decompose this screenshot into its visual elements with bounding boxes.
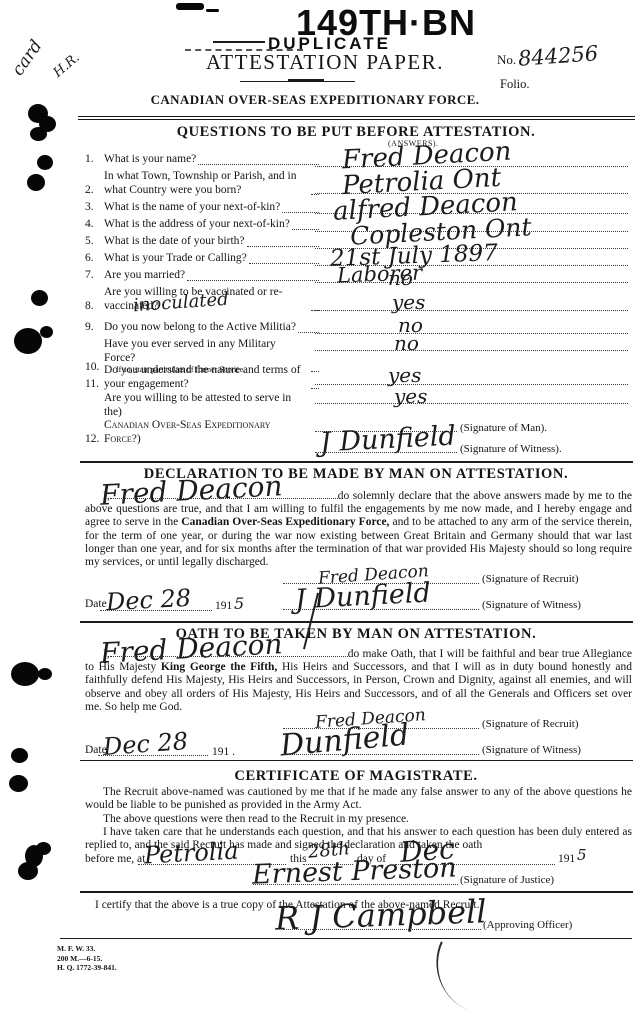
form-imprint-line: H. Q. 1772-39-841.: [57, 963, 117, 973]
divider: [78, 116, 635, 117]
fill-in-line: [110, 497, 338, 499]
ink-smudge: [176, 3, 204, 10]
question-text: Do you now belong to the Active Militia?: [104, 321, 296, 335]
handwritten-year: 5: [234, 594, 244, 613]
question-text: What is the address of your next-of-kin?: [104, 218, 290, 232]
handwritten-answer: yes: [392, 290, 425, 314]
question-text-main: Are you willing to be attested to serve …: [104, 392, 291, 418]
divider: [60, 938, 632, 939]
fill-in-line: [110, 655, 348, 657]
witness-signature: Dunfield: [279, 717, 411, 763]
questions-heading: QUESTIONS TO BE PUT BEFORE ATTESTATION.: [80, 124, 632, 141]
signature-line: [283, 754, 479, 755]
question-row: 7. Are you married?: [85, 269, 319, 283]
year-printed: 191: [558, 853, 575, 865]
ink-blob: [31, 290, 48, 306]
ink-blob: [37, 155, 53, 170]
question-number: 5.: [85, 235, 104, 249]
answer-line: [315, 403, 628, 404]
signature-of-witness-label: (Signature of Witness): [482, 744, 581, 756]
ink-blob: [38, 668, 52, 680]
question-row: 6. What is your Trade or Calling?: [85, 252, 319, 266]
regimental-number: 844256: [517, 41, 599, 71]
signature-line: [253, 884, 458, 885]
question-number: 7.: [85, 269, 104, 283]
handwritten-answer: no: [388, 266, 413, 290]
question-text-smallcaps: Canadian Over-Seas Expeditionary Force?): [104, 419, 271, 445]
dotted-leader: [249, 263, 319, 264]
handwritten-initials: H.R.: [51, 50, 83, 80]
form-imprint-line: 200 M.—6-15.: [57, 954, 117, 964]
question-number: 4.: [85, 218, 104, 232]
dotted-leader: [282, 212, 319, 213]
signature-of-justice-label: (Signature of Justice): [460, 874, 554, 886]
handwritten-year: 5: [577, 846, 587, 864]
question-row: 2. In what Town, Township or Parish, and…: [85, 170, 319, 197]
ink-blob: [40, 326, 53, 338]
strike-line: [213, 41, 265, 43]
approving-officer-signature: R J Campbell: [274, 892, 487, 937]
question-text: In what Town, Township or Parish, and in…: [104, 170, 309, 197]
question-row: 4. What is the address of your next-of-k…: [85, 218, 319, 232]
ink-blob: [30, 127, 47, 141]
declaration-paragraph: I,do solemnly declare that the above ans…: [85, 490, 632, 569]
question-text-main: Have you ever served in any Military For…: [104, 338, 276, 364]
declaration-body-bold: Canadian Over-Seas Expeditionary Force,: [181, 516, 389, 528]
ink-blob: [18, 862, 38, 880]
dotted-leader: [311, 388, 319, 389]
year-printed: 191 .: [212, 746, 235, 758]
folio-label: Folio.: [500, 77, 530, 92]
form-imprint: M. F. W. 33. 200 M.—6-15. H. Q. 1772-39-…: [57, 944, 117, 973]
question-text: Are you willing to be attested to serve …: [104, 392, 309, 446]
question-row: 9. Do you now belong to the Active Milit…: [85, 321, 319, 335]
question-text: Are you married?: [104, 269, 185, 283]
question-number: 12.: [85, 433, 104, 447]
before-me-label: before me, at: [85, 853, 145, 865]
ink-blob: [11, 662, 39, 686]
dotted-leader: [311, 194, 319, 195]
question-number: 2.: [85, 184, 104, 198]
ink-smudge: [206, 9, 219, 12]
handwritten-date: Dec 28: [105, 584, 191, 616]
divider: [80, 461, 633, 463]
dotted-leader: [198, 164, 319, 165]
question-text: What is the name of your next-of-kin?: [104, 201, 280, 215]
approving-officer-label: (Approving Officer): [483, 919, 572, 931]
signature-of-recruit-label: (Signature of Recruit): [482, 718, 579, 730]
signature-line: [315, 452, 457, 453]
handwritten-answer: yes: [394, 384, 427, 408]
dotted-leader: [247, 246, 319, 247]
oath-body-bold: King George the Fifth,: [161, 661, 277, 673]
ink-blob: [27, 174, 45, 191]
no-label: No.: [497, 52, 516, 68]
answer-line: [315, 350, 628, 351]
divider: [78, 119, 635, 120]
attestation-paper-document: card H.R. DUPLICATE 149TH·BN ATTESTATION…: [0, 0, 635, 1024]
stray-pen-stroke: [420, 941, 490, 1010]
dotted-leader: [187, 280, 319, 281]
ink-blob: [9, 775, 28, 792]
date-line: [100, 610, 212, 611]
question-row: 1. What is your name?: [85, 153, 319, 167]
question-row: 12. Are you willing to be attested to se…: [85, 392, 319, 446]
ink-blob: [11, 748, 28, 763]
question-number: 9.: [85, 321, 104, 335]
ink-blob: [14, 328, 42, 354]
question-row: 3. What is the name of your next-of-kin?: [85, 201, 319, 215]
question-number: 8.: [85, 300, 104, 314]
battalion-stamp: 149TH·BN: [296, 2, 476, 44]
answer-line: [315, 310, 628, 311]
ink-blob: [36, 842, 51, 855]
signature-of-witness-label: (Signature of Witness).: [460, 443, 562, 455]
answer-line: [315, 384, 628, 385]
question-number: 6.: [85, 252, 104, 266]
dotted-leader: [292, 229, 319, 230]
force-subtitle: CANADIAN OVER-SEAS EXPEDITIONARY FORCE.: [85, 92, 545, 108]
signature-of-man-label: (Signature of Man).: [460, 422, 547, 434]
question-text: What is your name?: [104, 153, 196, 167]
handwritten-answer: no: [394, 331, 419, 355]
oath-paragraph: I,do make Oath, that I will be faithful …: [85, 648, 632, 714]
divider: [80, 760, 633, 761]
answer-line: [315, 333, 628, 334]
question-text: What is the date of your birth?: [104, 235, 245, 249]
signature-line: [283, 929, 481, 930]
year-printed: 191: [215, 600, 232, 612]
question-number: 1.: [85, 153, 104, 167]
oath-intro: I,: [103, 648, 110, 660]
certificate-paragraph-1: The Recruit above-named was cautioned by…: [85, 786, 632, 812]
date-label: Date: [85, 598, 107, 610]
title-underline: [288, 79, 324, 82]
question-text: Do you understand the nature and terms o…: [104, 364, 309, 391]
date-line: [98, 755, 208, 756]
question-number: 3.: [85, 201, 104, 215]
question-number: 11.: [85, 378, 104, 392]
divider: [80, 621, 633, 623]
question-row: 11. Do you understand the nature and ter…: [85, 364, 319, 391]
signature-of-recruit-label: (Signature of Recruit): [482, 573, 579, 585]
question-text: What is your Trade or Calling?: [104, 252, 247, 266]
signature-of-witness-label: (Signature of Witness): [482, 599, 581, 611]
certificate-paragraph-2: The above questions were then read to th…: [85, 813, 632, 826]
certificate-heading: CERTIFICATE OF MAGISTRATE.: [80, 768, 632, 785]
page-title: ATTESTATION PAPER.: [150, 50, 500, 75]
handwritten-card-note: card: [8, 36, 47, 79]
declaration-intro: I,: [103, 490, 110, 502]
form-imprint-line: M. F. W. 33.: [57, 944, 117, 954]
question-row: 5. What is the date of your birth?: [85, 235, 319, 249]
divider: [80, 891, 633, 893]
